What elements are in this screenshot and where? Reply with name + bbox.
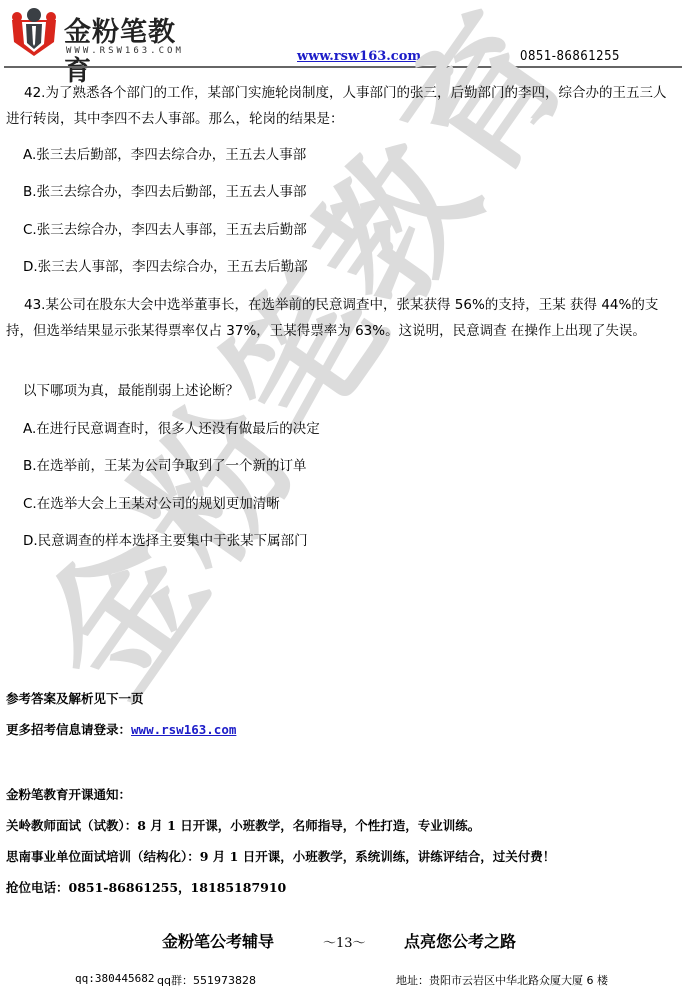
footer-right-slogan: 点亮您公考之路 <box>404 929 516 952</box>
answer-hint: 参考答案及解析见下一页 <box>6 686 144 712</box>
question-42-option-d: D.张三去人事部，李四去综合办，王五去后勤部 <box>23 254 308 280</box>
question-42-option-c: C.张三去综合办，李四去人事部，王五去后勤部 <box>23 217 307 243</box>
footer-qq: qq:380445682 <box>75 972 154 985</box>
question-43-prompt: 以下哪项为真，最能削弱上述论断？ <box>23 378 239 404</box>
header-site-link[interactable]: www.rsw163.com <box>297 49 421 64</box>
course-notice-title: 金粉笔教育开课通知： <box>6 782 131 808</box>
logo-url-text: WWW.RSW163.COM <box>66 46 184 56</box>
hotline: 抢位电话：0851-86861255，18185187910 <box>6 875 286 901</box>
footer-address: 地址：贵阳市云岩区中华北路众厦大厦 6 楼 <box>396 972 608 988</box>
header-divider <box>4 66 682 68</box>
more-info-line: 更多招考信息请登录：www.rsw163.com <box>6 717 236 743</box>
question-43-option-d: D.民意调查的样本选择主要集中于张某下属部门 <box>23 528 308 554</box>
course-notice-1: 关岭教师面试（试教）：8 月 1 日开课，小班教学，名师指导，个性打造，专业训练… <box>6 813 480 839</box>
more-info-label: 更多招考信息请登录： <box>6 722 131 737</box>
footer-left-slogan: 金粉笔公考辅导 <box>162 929 274 952</box>
question-43-option-a: A.在进行民意调查时，很多人还没有做最后的决定 <box>23 416 320 442</box>
question-42-option-a: A.张三去后勤部，李四去综合办，王五去人事部 <box>23 142 306 168</box>
question-42-option-b: B.张三去综合办，李四去后勤部，王五去人事部 <box>23 179 307 205</box>
brand-logo: 金粉笔教育 WWW.RSW163.COM <box>8 6 198 58</box>
page-number: ～13～ <box>323 932 366 951</box>
header-phone: 0851-86861255 <box>520 49 620 64</box>
question-43-option-c: C.在选举大会上王某对公司的规划更加清晰 <box>23 491 280 517</box>
course-notice-2: 思南事业单位面试培训（结构化）：9 月 1 日开课，小班教学，系统训练，讲练评结… <box>6 844 555 870</box>
question-43-option-b: B.在选举前，王某为公司争取到了一个新的订单 <box>23 453 307 479</box>
logo-mascot-icon <box>8 6 60 58</box>
question-43-stem: 43.某公司在股东大会中选举董事长，在选举前的民意调查中，张某获得 56%的支持… <box>6 292 676 344</box>
page-header: 金粉笔教育 WWW.RSW163.COM www.rsw163.com 0851… <box>0 0 686 68</box>
more-info-link[interactable]: www.rsw163.com <box>131 722 236 737</box>
footer-qq-group: qq群：551973828 <box>157 972 256 988</box>
question-42-stem: 42.为了熟悉各个部门的工作，某部门实施轮岗制度，人事部门的张三，后勤部门的李四… <box>6 80 676 132</box>
